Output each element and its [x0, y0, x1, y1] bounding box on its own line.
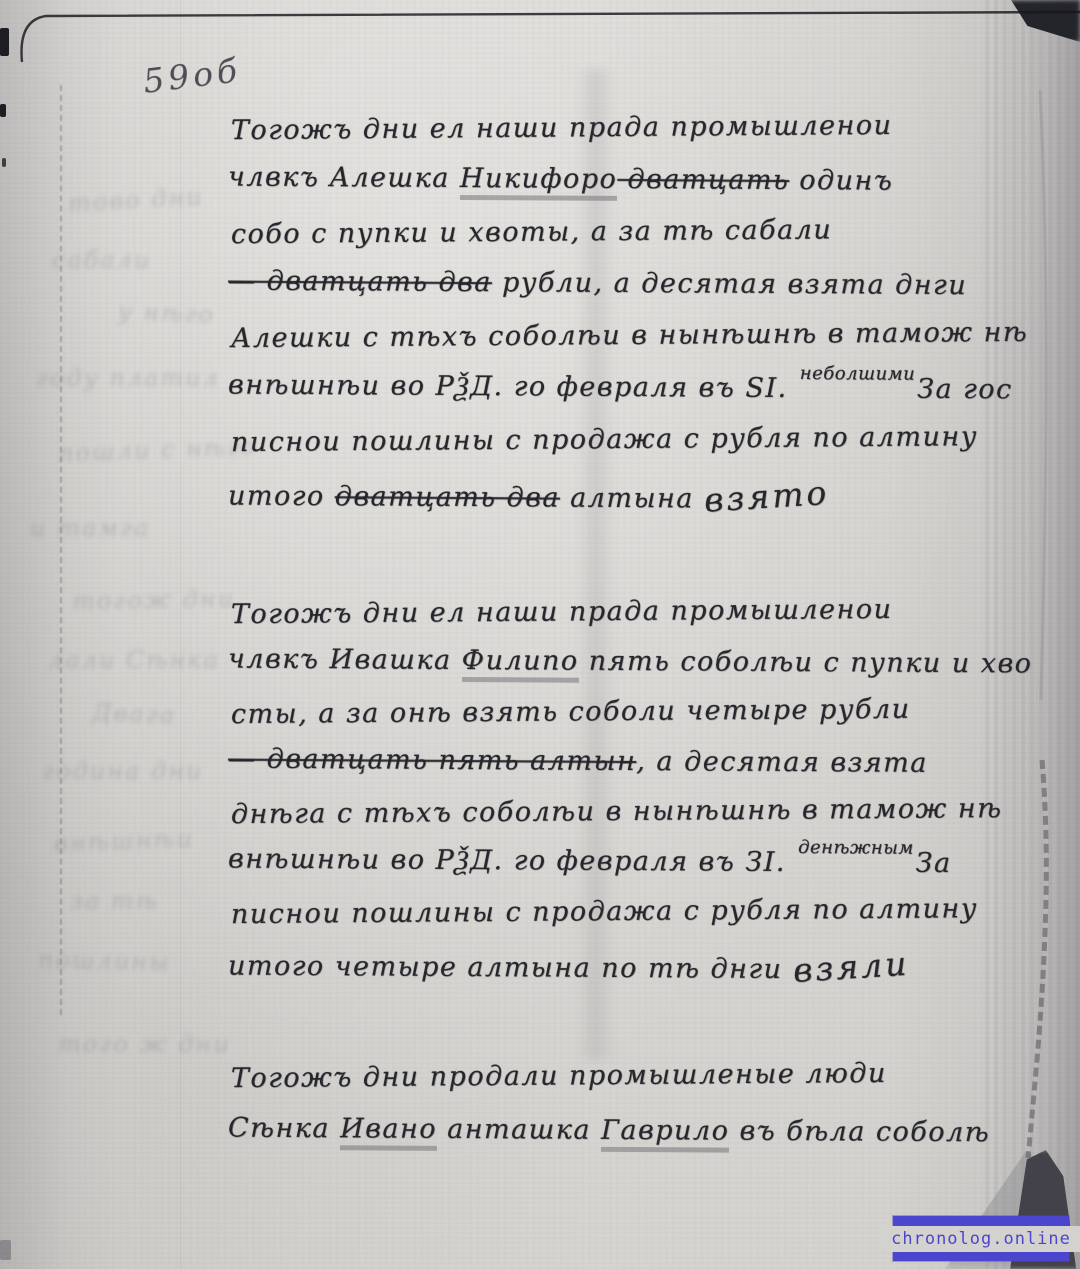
- ghost-bleedthrough-line: и тамга: [30, 514, 151, 542]
- left-edge-ink-speck: [0, 28, 9, 56]
- flourish-word-vzjali: взяли: [791, 944, 910, 990]
- manuscript-text-segment: внѣшнѣи во РѮД. го февраля въ ЗІ.: [228, 844, 796, 878]
- manuscript-line: Сѣнка Ивано анташка Гаврило въ бѣла собо…: [228, 1113, 1028, 1173]
- manuscript-line: члвкъ Ивашка Филипо пять соболѣи с пупки…: [228, 644, 1028, 699]
- manuscript-line: — дватцать пять алтын, а десятая взята: [228, 744, 1028, 799]
- folio-number: 59об: [141, 50, 243, 101]
- manuscript-line: внѣшнѣи во РѮД. го февраля въ ЅІ. неболш…: [228, 370, 1028, 427]
- manuscript-line: члвкъ Алешка Никифоро дватцать одинъ: [228, 162, 1028, 219]
- manuscript-text-segment: члвкъ Алешка: [228, 162, 460, 194]
- ghost-bleedthrough-line: того ж дни: [58, 1030, 231, 1058]
- manuscript-line: внѣшнѣи во РѮД. го февраля въ ЗІ. денѣжн…: [228, 844, 1028, 899]
- manuscript-line: Тогожъ дни ел наши прада промышленои: [231, 593, 1031, 649]
- manuscript-line: итого четыре алтына по тѣ днги взяли: [228, 944, 1028, 999]
- paragraph-sable-sale-1: Тогожъ дни ел наши прада промышленои члв…: [228, 112, 1028, 528]
- underlined-name-ivanov: Ивано: [340, 1113, 437, 1151]
- manuscript-line: собо с пупки и хвоты, а за тѣ сабали: [231, 213, 1031, 271]
- ghost-bleedthrough-line: за тѣ: [70, 887, 159, 915]
- manuscript-text-segment: собо с пупки и хвоты, а за тѣ сабали: [231, 214, 833, 250]
- underlined-name-gavrilov: Гаврило: [601, 1115, 730, 1153]
- manuscript-text-segment: въ бѣла соболѣ: [729, 1116, 990, 1149]
- manuscript-text-segment: За: [916, 848, 952, 879]
- manuscript-text-segment: итого четыре алтына по тѣ днги: [228, 951, 793, 985]
- ghost-bleedthrough-line: году платил: [36, 364, 220, 392]
- ghost-bleedthrough-line: внѣшнѣи: [54, 825, 195, 858]
- watermark: chronolog.online: [893, 1216, 1069, 1261]
- manuscript-line: Тогожъ дни продали промышленые люди: [231, 1057, 1031, 1118]
- manuscript-text-segment: Тогожъ дни ел наши прада промышленои: [231, 594, 893, 630]
- manuscript-text-segment: днѣга с тѣхъ соболѣи в нынѣшнѣ в тамож н…: [231, 793, 1003, 830]
- ghost-bleedthrough-line: година дни: [42, 757, 203, 785]
- manuscript-text-segment: писнои пошлины с продажа с рубля по алти…: [231, 421, 978, 458]
- ghost-bleedthrough-line: у нѣго: [118, 297, 216, 328]
- manuscript-text-segment: сты, а за онѣ взять соболи четыре рубли: [231, 694, 911, 730]
- manuscript-page: 59об тово дни сабали у нѣго году платил …: [0, 0, 1080, 1269]
- manuscript-line: итого дватцать два алтына взято: [228, 474, 1028, 531]
- manuscript-text-segment: одинъ: [789, 165, 893, 197]
- manuscript-text-segment: рубли, а десятая взята днги: [492, 267, 967, 301]
- manuscript-text-segment: Сѣнка: [228, 1113, 340, 1145]
- interlinear-insertion: денѣжным: [798, 837, 914, 859]
- manuscript-text-segment: Тогожъ дни продали промышленые люди: [231, 1058, 887, 1094]
- manuscript-line: писнои пошлины с продажа с рубля по алти…: [231, 893, 1031, 949]
- underlined-name-nikiforov: Никифоро: [460, 163, 618, 201]
- struck-text-segment: дватцать: [617, 164, 789, 196]
- manuscript-text-segment: внѣшнѣи во РѮД. го февраля въ ЅІ.: [228, 370, 798, 404]
- manuscript-text-segment: итого: [228, 481, 335, 513]
- manuscript-text-segment: Алешки с тѣхъ соболѣи в нынѣшнѣ в тамож …: [231, 317, 1029, 354]
- ghost-bleedthrough-line: пошлины: [38, 946, 171, 976]
- ghost-bleedthrough-line: сабали: [52, 246, 151, 274]
- manuscript-line: писнои пошлины с продажа с рубля по алти…: [231, 421, 1031, 479]
- struck-text-segment: — дватцать пять алтын: [228, 744, 636, 777]
- left-edge-ink-speck: [0, 104, 6, 117]
- manuscript-text-segment: За гос: [917, 374, 1013, 406]
- manuscript-text-segment: Тогожъ дни ел наши прада промышленои: [231, 110, 893, 146]
- manuscript-text-segment: пять соболѣи с пупки и хво: [579, 646, 1033, 680]
- ghost-bleedthrough-line: лали Сѣнка: [48, 646, 220, 674]
- interlinear-insertion: неболшими: [800, 363, 916, 385]
- watermark-inner-box: chronolog.online: [882, 1226, 1080, 1252]
- ghost-bleedthrough-line: Двага: [92, 699, 177, 730]
- left-edge-smudge: [0, 1240, 11, 1260]
- manuscript-text-segment: алтына: [560, 483, 704, 515]
- watermark-text: chronolog.online: [891, 1229, 1071, 1249]
- left-fold-line: [60, 85, 64, 1015]
- manuscript-line: — дватцать два рубли, а десятая взята дн…: [228, 266, 1028, 323]
- manuscript-line: Тогожъ дни ел наши прада промышленои: [231, 109, 1031, 167]
- paragraph-sable-sale-2: Тогожъ дни ел наши прада промышленои члв…: [228, 596, 1028, 996]
- manuscript-line: сты, а за онѣ взять соболи четыре рубли: [231, 693, 1031, 749]
- struck-text-segment: — дватцать два: [228, 266, 492, 299]
- left-edge-ink-speck: [2, 158, 6, 167]
- struck-text-segment: дватцать два: [335, 481, 560, 513]
- manuscript-text-segment: члвкъ Ивашка: [228, 644, 462, 676]
- paragraph-sable-sale-3: Тогожъ дни продали промышленые люди Сѣнк…: [228, 1060, 1028, 1170]
- ghost-bleedthrough-line: тогож дни: [72, 585, 236, 616]
- ghost-bleedthrough-line: тово дни: [67, 182, 204, 217]
- manuscript-text-segment: писнои пошлины с продажа с рубля по алти…: [231, 893, 978, 930]
- underlined-name-filipov: Филипо: [462, 645, 579, 683]
- manuscript-text-segment: анташка: [437, 1114, 601, 1146]
- manuscript-text-segment: , а десятая взята: [636, 746, 928, 779]
- flourish-word-vzjato: взято: [703, 473, 830, 520]
